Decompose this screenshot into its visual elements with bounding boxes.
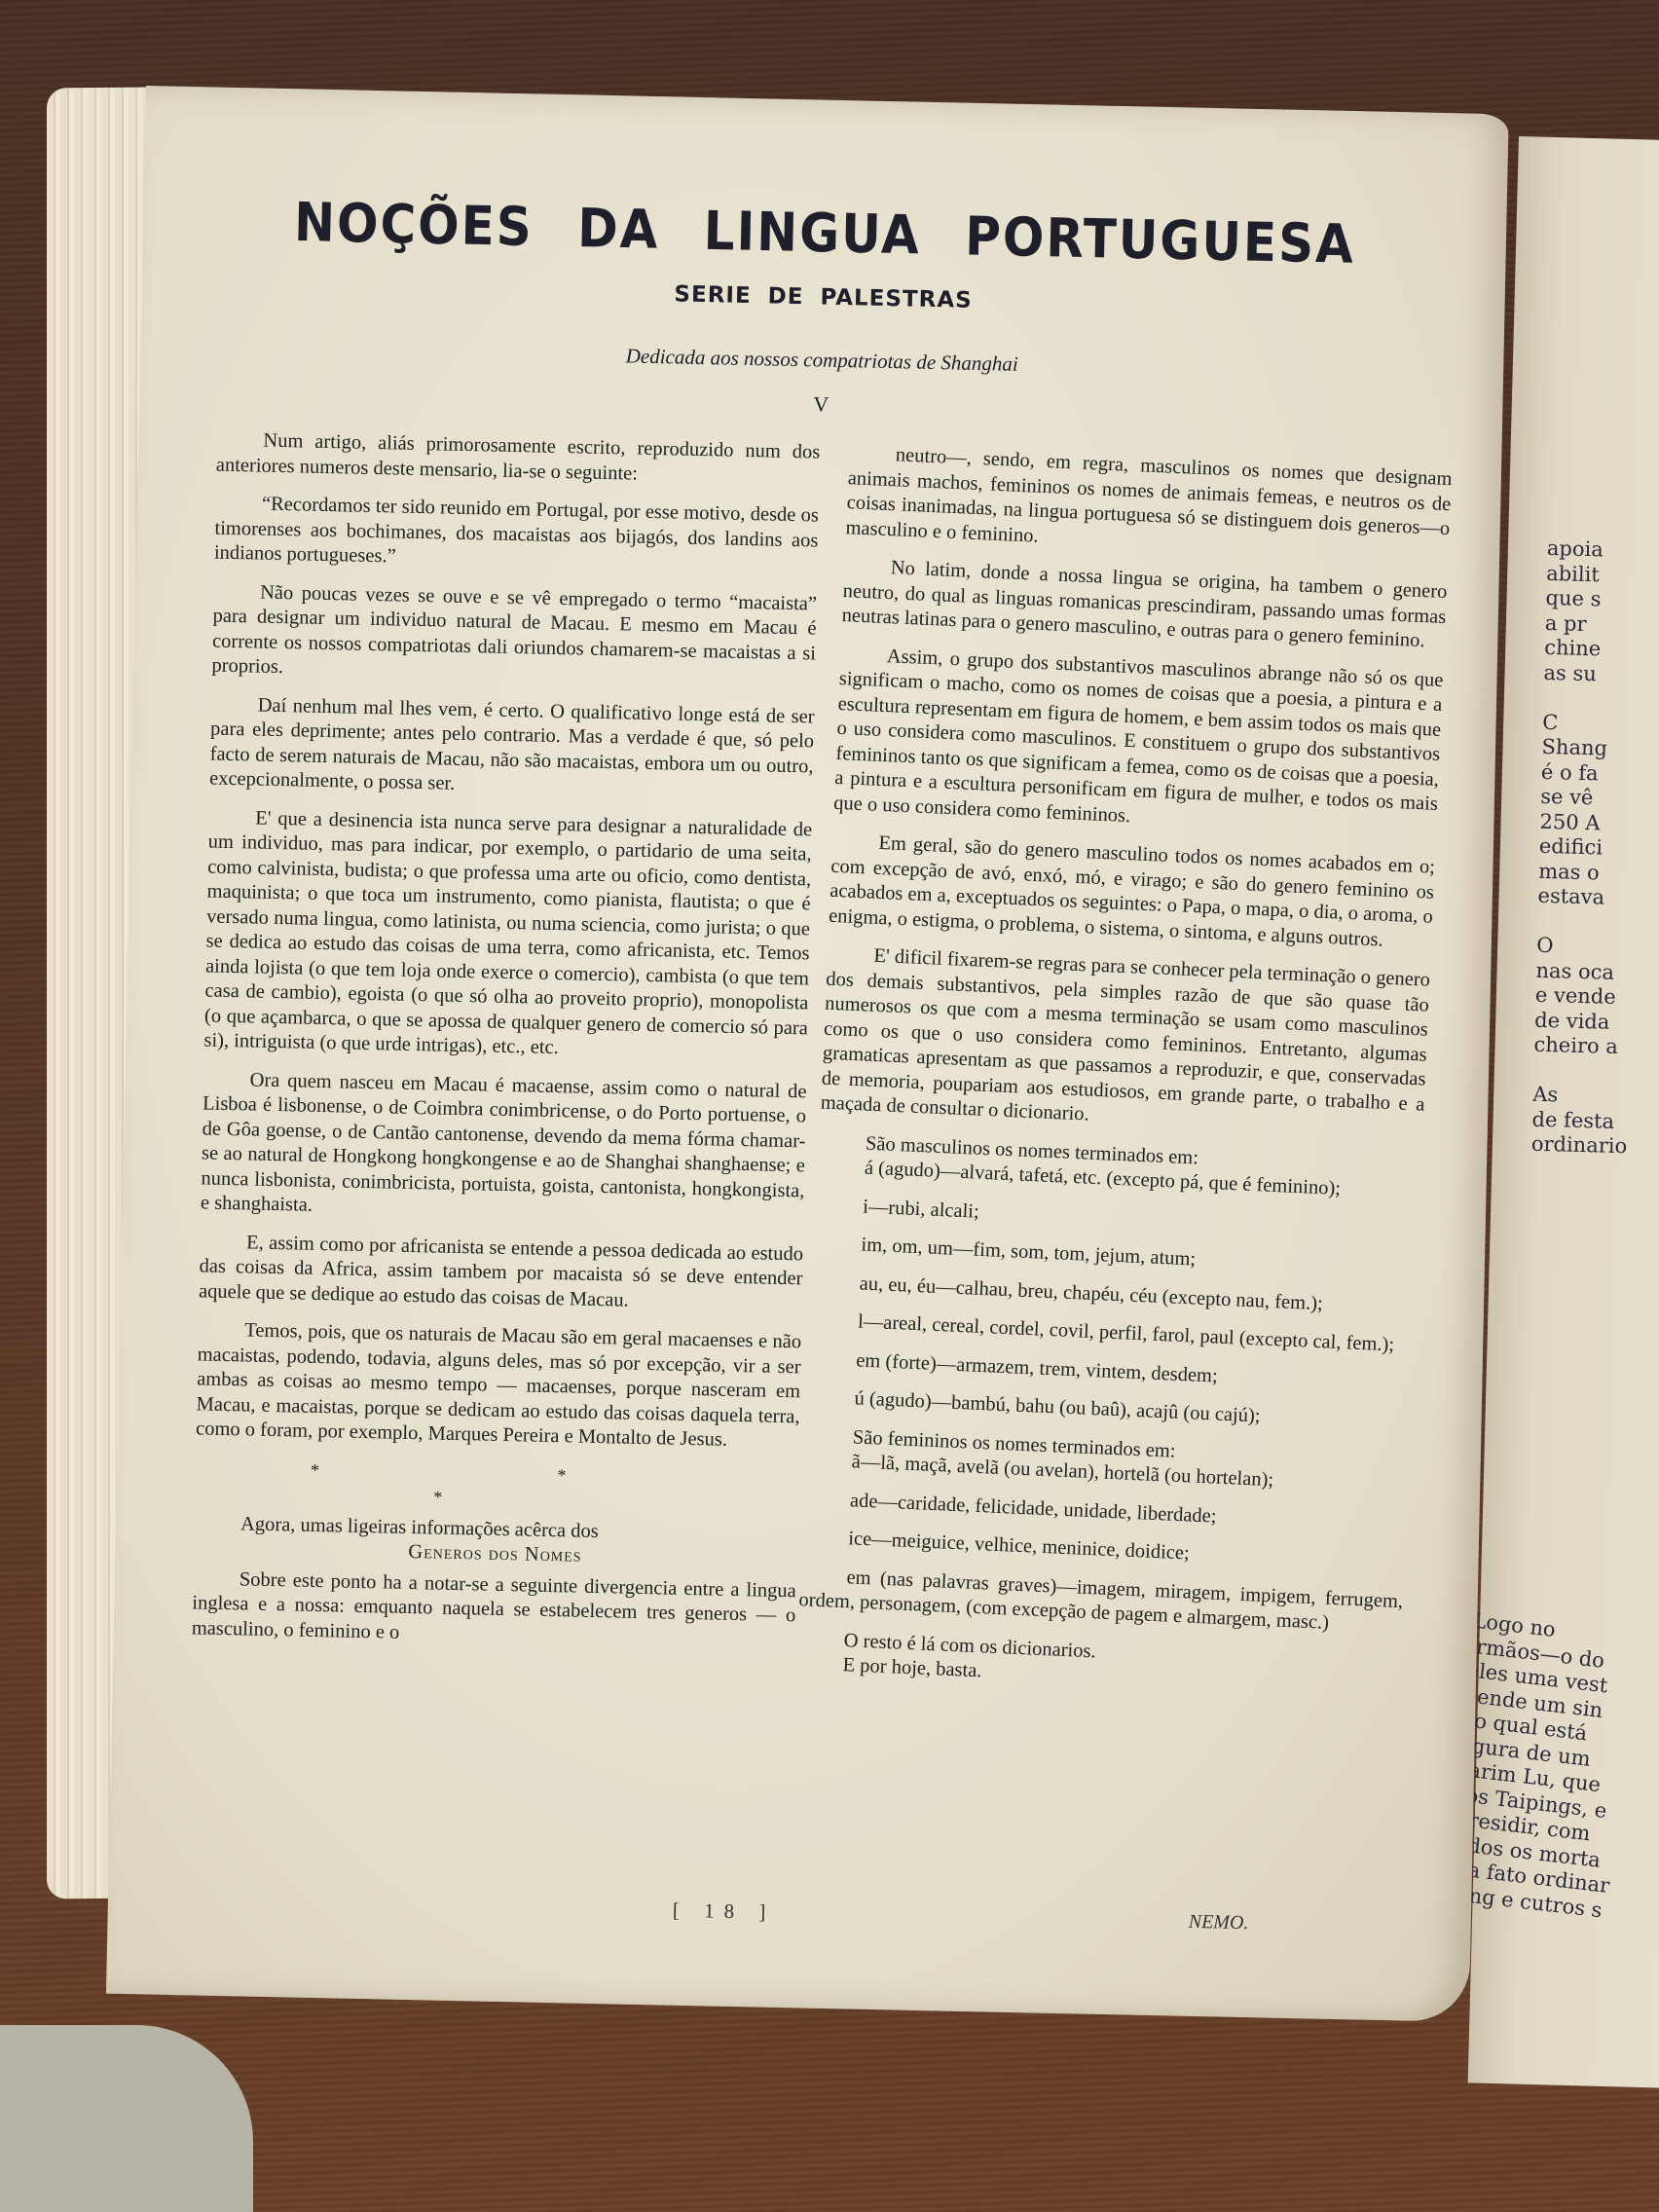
- facing-page-line: As: [1532, 1083, 1629, 1110]
- article-subtitle: SERIE DE PALESTRAS: [141, 271, 1504, 324]
- facing-page-line: 250 A: [1539, 809, 1636, 836]
- facing-page-line: que s: [1545, 586, 1641, 613]
- facing-page-line: Shang: [1541, 735, 1638, 762]
- paragraph: No latim, donde a nossa lingua se origin…: [841, 554, 1448, 654]
- closing-paragraph: Sobre este ponto ha a notar-se a seguint…: [192, 1567, 796, 1653]
- closing-lines: O resto é lá com os dicionarios.E por ho…: [795, 1627, 1401, 1703]
- paragraph: Num artigo, aliás primorosamente escrito…: [216, 428, 821, 491]
- feminine-ending-item: em (nas palavras graves)—imagem, miragem…: [798, 1564, 1404, 1640]
- author-signature: NEMO.: [1188, 1911, 1248, 1935]
- facing-page-text-upper: apoiaabilitque sa prchineas su CShangé o…: [1531, 536, 1643, 1160]
- paragraph: Não poucas vezes se ouve e se vê emprega…: [211, 579, 817, 691]
- facing-page-line: nas oca: [1535, 958, 1632, 985]
- facing-page-line: apoia: [1547, 536, 1643, 564]
- section-separator: * * *: [194, 1456, 798, 1518]
- right-column: neutro—, sendo, em regra, masculinos os …: [795, 441, 1453, 1702]
- facing-page-line: [1533, 1057, 1630, 1085]
- facing-page-line: chine: [1544, 636, 1641, 663]
- part-numeral: V: [139, 378, 1502, 431]
- facing-page-line: O: [1536, 934, 1633, 961]
- article-title: NOÇÕES DA LINGUA PORTUGUESA: [142, 188, 1506, 278]
- facing-page-line: estava: [1537, 884, 1634, 911]
- dedication: Dedicada aos nossos compatriotas de Shan…: [140, 334, 1503, 387]
- paragraph: “Recordamos ter sido reunido em Portugal…: [214, 492, 819, 578]
- paragraph: E' que a desinencia ista nunca serve par…: [203, 805, 812, 1066]
- facing-page-line: [1537, 908, 1634, 936]
- paragraph: Ora quem nasceu em Macau é macaense, ass…: [201, 1067, 807, 1229]
- feminine-endings-list: ã—lã, maçã, avelã (ou avelan), hortelã (…: [798, 1448, 1409, 1639]
- facing-page-line: C: [1542, 710, 1639, 737]
- paragraph: Em geral, são do genero masculino todos …: [829, 829, 1436, 955]
- facing-page-line: as su: [1543, 660, 1640, 687]
- paragraph: Daí nenhum mal lhes vem, é certo. O qual…: [209, 692, 815, 804]
- paragraph: Temos, pois, que os naturais de Macau sã…: [196, 1317, 802, 1454]
- facing-page-line: é o fa: [1541, 759, 1638, 787]
- facing-page-line: de festa: [1531, 1107, 1628, 1134]
- facing-page-line: mas o: [1538, 859, 1635, 886]
- paragraph: E' dificil fixarem-se regras para se con…: [820, 942, 1430, 1142]
- paragraph: Assim, o grupo dos substantivos masculin…: [833, 643, 1444, 842]
- paragraph: neutro—, sendo, em regra, masculinos os …: [845, 441, 1453, 567]
- facing-page-line: abilit: [1546, 561, 1642, 588]
- masculine-endings-list: á (agudo)—alvará, tafetá, etc. (excepto …: [807, 1155, 1421, 1436]
- left-column: Num artigo, aliás primorosamente escrito…: [191, 428, 820, 1668]
- facing-page-line: de vida: [1534, 1008, 1631, 1035]
- facing-page-line: e vende: [1535, 983, 1632, 1011]
- facing-page-line: cheiro a: [1533, 1033, 1630, 1060]
- facing-page-line: [1543, 685, 1640, 713]
- facing-page-line: edifici: [1539, 834, 1636, 862]
- paragraph: E, assim como por africanista se entende…: [199, 1230, 803, 1316]
- book-page: NOÇÕES DA LINGUA PORTUGUESA SERIE DE PAL…: [106, 86, 1509, 2022]
- page-number: [ 18 ]: [673, 1899, 776, 1925]
- facing-page-line: ordinario: [1531, 1132, 1628, 1160]
- facing-page-line: se vê: [1540, 785, 1637, 812]
- facing-page-line: a pr: [1545, 610, 1641, 638]
